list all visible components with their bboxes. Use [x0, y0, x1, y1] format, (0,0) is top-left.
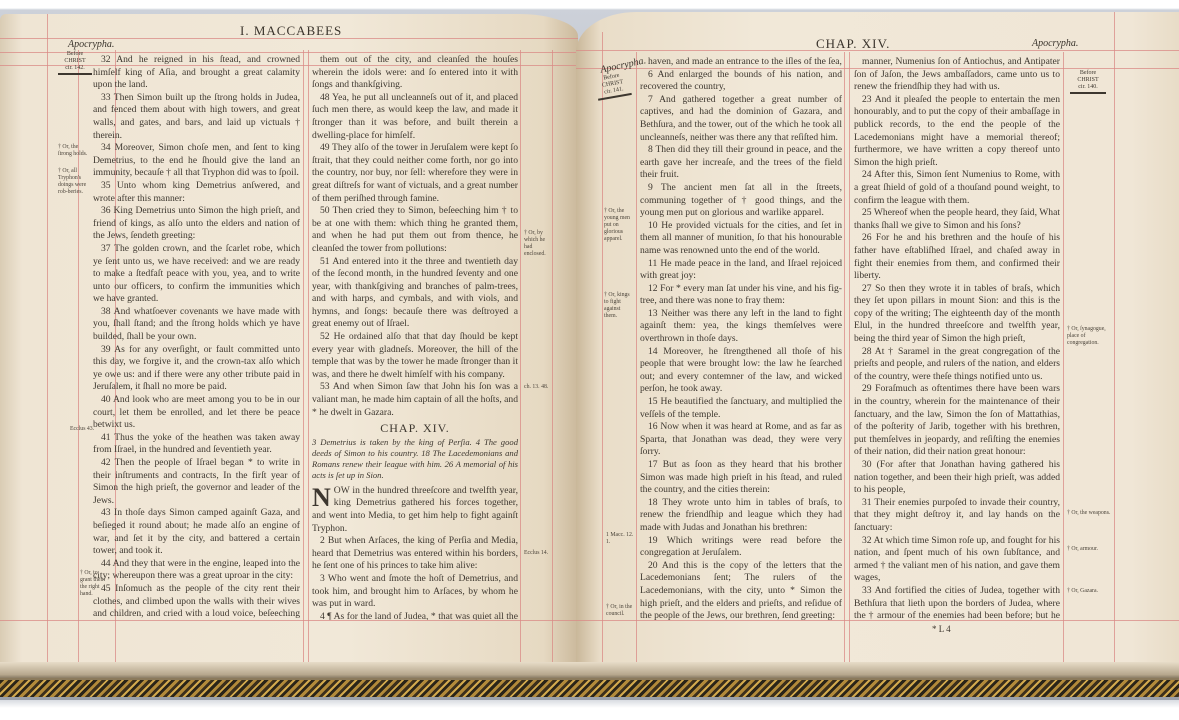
red-rule: [1063, 52, 1064, 674]
margin-note: † Or, the weapons.: [1067, 510, 1111, 517]
red-rule: [308, 50, 309, 674]
text-column-left-a: 32 And he reigned in his ſtead, and crow…: [93, 54, 300, 620]
running-head: CHAP. XIV.: [816, 36, 890, 52]
margin-note: † Or, Gazara.: [1067, 588, 1111, 595]
text-column-right-b: manner, Numenius ſon of Antiochus, and A…: [854, 56, 1060, 620]
era-label: Before CHRIST cir. 140.: [1070, 70, 1106, 94]
margin-note: † Or, armour.: [1067, 546, 1111, 553]
running-head: I. MACCABEES: [240, 23, 342, 39]
gilt-edge: [0, 678, 1179, 700]
era-label: Before CHRIST cir. 141.: [594, 71, 632, 101]
red-rule: [303, 50, 304, 674]
right-page: CHAP. XIV. Apocrypha. Apocrypha. Before …: [576, 12, 1179, 674]
chapter-summary: 3 Demetrius is taken by the king of Perſ…: [312, 437, 518, 481]
margin-note: ch. 13. 48.: [524, 384, 552, 391]
red-rule: [520, 50, 521, 674]
margin-note: † Or, the young men put on glorious appa…: [604, 208, 634, 243]
red-rule: [576, 620, 1179, 621]
era-label: Before CHRIST cir. 142.: [58, 51, 92, 75]
left-page: I. MACCABEES Apocrypha. Before CHRIST ci…: [0, 14, 578, 674]
margin-note: Ecclus 14.: [524, 550, 552, 557]
red-rule: [849, 52, 850, 674]
red-rule: [602, 32, 603, 674]
red-rule: [636, 52, 637, 674]
red-rule: [552, 50, 553, 674]
section-label: Apocrypha.: [68, 39, 114, 50]
text-column-right-a: haven, and made an entrance to the iſles…: [640, 56, 842, 620]
section-label: Apocrypha.: [1032, 38, 1078, 49]
signature-mark: * L 4: [932, 624, 951, 634]
text-column-left-b: them out of the city, and cleanſed the h…: [312, 54, 518, 620]
red-rule: [0, 620, 578, 621]
margin-note: † Or, all Tryphon's doings were rob-beri…: [58, 168, 88, 196]
red-rule: [844, 52, 845, 674]
dropcap: N: [312, 487, 331, 509]
margin-note: † Or, ſynagogue, place of congregation.: [1067, 326, 1111, 347]
margin-note: † Or, kings to fight against them.: [604, 292, 634, 320]
chapter-heading: CHAP. XIV.: [312, 422, 518, 435]
red-rule: [1114, 12, 1115, 674]
red-rule: [47, 14, 48, 674]
margin-note: † Or, the ſtrong holds.: [58, 144, 88, 158]
margin-note: † Or, in the council.: [606, 604, 634, 618]
margin-note: 1 Macc. 12. 1.: [606, 532, 634, 546]
margin-note: † Or, by which he had enclosed.: [524, 230, 552, 258]
